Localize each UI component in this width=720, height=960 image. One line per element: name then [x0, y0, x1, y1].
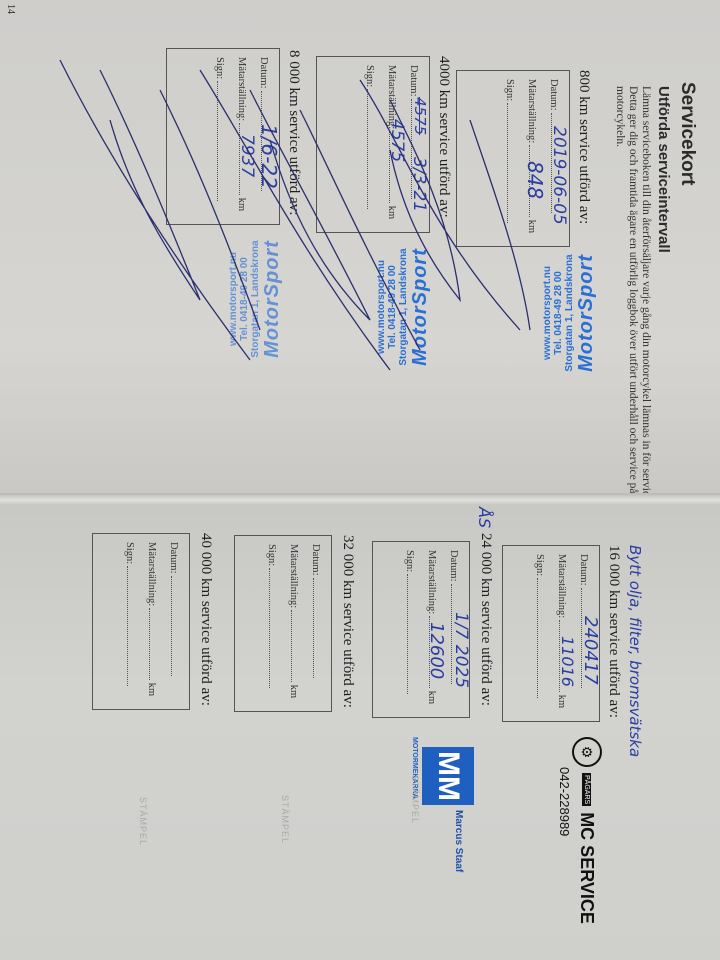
handwritten-date: 1/7 2025	[451, 612, 471, 688]
datum-label: Datum:	[578, 554, 589, 586]
sign-row: Sign:	[214, 57, 225, 201]
page-title: Servicekort	[676, 82, 698, 186]
service-box-40000: Datum: Mätarställning: km Sign:	[92, 533, 190, 710]
left-page: 14 Servicekort Utförda serviceintervall …	[0, 0, 720, 495]
sign-row: Sign:	[534, 554, 545, 698]
dotted-line	[407, 574, 408, 694]
handwritten-date: 2019-06-05	[549, 126, 569, 225]
handwritten-date: 3/3-21	[409, 157, 429, 212]
stampel-label: STÄMPEL	[280, 795, 290, 844]
km-label: km	[146, 683, 157, 696]
matar-label: Mätarställning:	[146, 542, 157, 606]
datum-label: Datum:	[258, 57, 269, 89]
km-label: km	[556, 695, 567, 708]
service-heading-32000: 32 000 km service utförd av:	[339, 535, 356, 708]
stamp-tel: Tel. 0418-49 28 00	[387, 232, 398, 382]
page-subtitle: Utförda serviceintervall	[655, 86, 672, 253]
handwritten-date: 240417	[580, 616, 601, 685]
service-box-800: Datum: Mätarställning: km Sign: 2019-06-…	[456, 70, 570, 247]
dotted-line	[507, 103, 508, 223]
stamp-web: www.motorsport.nu	[376, 232, 387, 382]
motorsport-stamp-faded: www.motorsport.nu Tel. 0418-49 28 00 Sto…	[228, 224, 284, 374]
pagars-tag: PÅGARS	[583, 773, 592, 806]
sign-row: Sign:	[124, 542, 135, 686]
motorcycle-logo-icon: ⚙	[572, 737, 602, 767]
datum-label: Datum:	[448, 550, 459, 582]
matar-input[interactable]	[149, 608, 150, 680]
datum-label: Datum:	[168, 542, 179, 574]
sign-row: Sign:	[266, 544, 277, 688]
matar-row: Mätarställning: km	[146, 542, 157, 696]
service-heading-24000: 24 000 km service utförd av:	[477, 533, 494, 706]
stamp-web: www.motorsport.nu	[542, 238, 553, 388]
service-box-32000: Datum: Mätarställning: km Sign:	[234, 535, 332, 712]
datum-row: Datum:	[310, 544, 321, 678]
stamp-tel: Tel. 0418-49 28 00	[239, 224, 250, 374]
right-page: Bytt olja, filter, bromsvätska 16 000 km…	[0, 505, 720, 960]
matar-label: Mätarställning:	[556, 554, 567, 618]
stamp-address: Storgatan 1, Landskrona	[398, 232, 409, 382]
sign-row: Sign:	[404, 550, 415, 694]
service-box-8000: Datum: Mätarställning: km Sign: 1/6-22 7…	[166, 48, 280, 225]
matar-label: Mätarställning:	[426, 550, 437, 614]
sign-label: Sign:	[404, 550, 415, 572]
stamp-name: MotorSport	[575, 238, 598, 388]
mm-person-name: Marcus Staaf	[453, 810, 464, 872]
dotted-line	[537, 578, 538, 698]
sign-row: Sign:	[364, 65, 375, 209]
handwritten-date: 1/6-22	[257, 124, 281, 189]
km-label: km	[288, 685, 299, 698]
matar-label: Mätarställning:	[526, 79, 537, 143]
stampel-label: STÄMPEL	[410, 775, 420, 824]
matar-row: Mätarställning: km	[288, 544, 299, 698]
dotted-line	[367, 89, 368, 209]
matar-row: Mätarställning: km	[526, 79, 537, 233]
motorsport-stamp: www.motorsport.nu Tel. 0418-49 28 00 Sto…	[542, 238, 598, 388]
stamp-name: MotorSport	[261, 224, 284, 374]
sign-label: Sign:	[364, 65, 375, 87]
service-heading-16000: 16 000 km service utförd av:	[605, 545, 622, 718]
matar-label: Mätarställning:	[236, 57, 247, 121]
service-heading-4000: 4000 km service utförd av:	[435, 56, 452, 218]
mc-service-phone: 042-228989	[557, 767, 572, 937]
stampel-label: STÄMPEL	[138, 797, 148, 846]
matar-label: Mätarställning:	[288, 544, 299, 608]
handwritten-odometer: 11016	[558, 636, 577, 687]
service-booklet-spread: 14 Servicekort Utförda serviceintervall …	[0, 0, 720, 960]
service-box-4000: Datum: Mätarställning: km Sign: 4575 3/3…	[316, 56, 430, 233]
km-label: km	[426, 691, 437, 704]
service-heading-40000: 40 000 km service utförd av:	[197, 533, 214, 706]
sign-label: Sign:	[534, 554, 545, 576]
km-label: km	[526, 220, 537, 233]
page-number: 14	[5, 4, 16, 14]
struck-handwriting: 4575	[411, 97, 429, 135]
handwritten-odometer: 4575	[387, 119, 407, 162]
datum-label: Datum:	[408, 65, 419, 97]
datum-row: Datum:	[168, 542, 179, 676]
handwritten-odometer: 7937	[237, 134, 257, 177]
sign-label: Sign:	[124, 542, 135, 564]
handwritten-prefix: ÅS	[475, 507, 494, 528]
stamp-address: Storgatan 1, Landskrona	[250, 224, 261, 374]
handwritten-odometer: 12600	[426, 622, 447, 679]
datum-label: Datum:	[548, 79, 559, 111]
handwritten-odometer: 848	[523, 161, 547, 199]
motorsport-stamp: www.motorsport.nu Tel. 0418-49 28 00 Sto…	[376, 232, 432, 382]
sign-label: Sign:	[214, 57, 225, 79]
sign-input[interactable]	[269, 568, 270, 688]
sign-input[interactable]	[127, 566, 128, 686]
sign-row: Sign:	[504, 79, 515, 223]
sign-label: Sign:	[266, 544, 277, 566]
service-box-24000: Datum: Mätarställning: km Sign: 1/7 2025…	[372, 541, 470, 718]
service-box-16000: Datum: Mätarställning: km Sign: 240417 1…	[502, 545, 600, 722]
handwritten-note: Bytt olja, filter, bromsvätska	[626, 545, 644, 757]
datum-label: Datum:	[310, 544, 321, 576]
stamp-tel: Tel. 0418-49 28 00	[553, 238, 564, 388]
dotted-line	[217, 81, 218, 201]
mc-service-brand: MC SERVICE	[577, 812, 598, 924]
datum-input[interactable]	[171, 576, 172, 676]
km-label: km	[236, 198, 247, 211]
service-heading-800: 800 km service utförd av:	[575, 70, 592, 224]
datum-input[interactable]	[313, 578, 314, 678]
km-label: km	[386, 206, 397, 219]
stamp-web: www.motorsport.nu	[228, 224, 239, 374]
stamp-name: MotorSport	[409, 232, 432, 382]
sign-label: Sign:	[504, 79, 515, 101]
intro-text: Lämna serviceboken till din återförsälja…	[613, 86, 652, 506]
stamp-address: Storgatan 1, Landskrona	[564, 238, 575, 388]
service-heading-8000: 8 000 km service utförd av:	[285, 50, 302, 215]
mm-logo: MM	[422, 747, 474, 805]
matar-input[interactable]	[291, 610, 292, 682]
mc-service-stamp: ⚙ PÅGARS MC SERVICE 042-228989	[557, 737, 602, 937]
